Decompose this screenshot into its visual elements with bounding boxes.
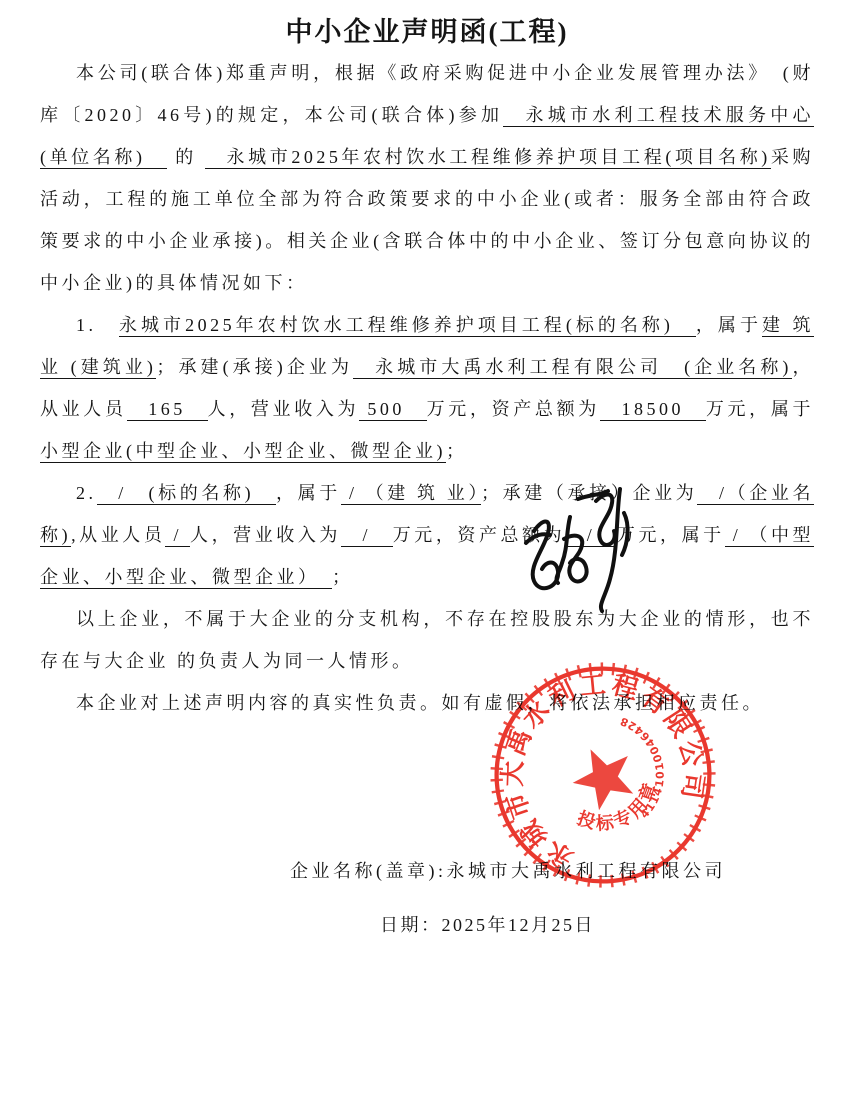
filled-blank-underlined: /	[165, 525, 190, 547]
paragraph-text: 的	[167, 147, 205, 167]
filled-blank-underlined: 小型企业(中型企业、小型企业、微型企业)	[40, 441, 446, 463]
item-1-paragraph: 1. 永城市2025年农村饮水工程维修养护项目工程(标的名称) ，属于建 筑 业…	[40, 304, 814, 472]
paragraph-text: 1.	[76, 315, 119, 335]
document-title: 中小企业声明函(工程)	[40, 12, 814, 52]
paragraph-text: 人，营业收入为	[190, 525, 341, 545]
paragraph-text: 2.	[76, 483, 97, 503]
filled-blank-underlined: 165	[127, 399, 208, 421]
paragraph-text: ,从业人员	[71, 525, 165, 545]
paragraph-text: ，属于	[696, 315, 762, 335]
filled-blank-underlined: 称)	[760, 357, 792, 379]
date-line: 日期：2025年12月25日	[380, 911, 814, 939]
signature-stroke	[596, 495, 615, 545]
paragraph-text: 万元，资产总额为	[427, 399, 600, 419]
document-page: 中小企业声明函(工程) 本公司(联合体)郑重声明，根据《政府采购促进中小企业发展…	[0, 0, 854, 1103]
filled-blank-underlined: /	[725, 525, 750, 547]
filled-blank-underlined: 500	[359, 399, 426, 421]
paragraph-text: 万元，属于	[706, 399, 814, 419]
closing-statement-paragraph: 以上企业，不属于大企业的分支机构，不存在控股股东为大企业的情形，也不存在与大企业…	[40, 598, 814, 682]
paragraph-text: ；	[332, 567, 354, 587]
filled-blank-underlined: /（企业名	[697, 483, 814, 505]
filled-blank-underlined: 永城市2025年农村饮水工程维修养护项目工程(标的名称)	[119, 315, 696, 337]
filled-blank-underlined: / （建 筑 业）	[341, 483, 481, 505]
handwritten-signature	[512, 483, 662, 623]
filled-blank-underlined: 18500	[600, 399, 706, 421]
paragraph-text: ，属于	[276, 483, 341, 503]
filled-blank-underlined: / (标的名称)	[97, 483, 276, 505]
item-2-paragraph: 2. / (标的名称) ，属于 / （建 筑 业）；承建（承接）企业为 /（企业…	[40, 472, 814, 598]
paragraph-text: ；承建(承接)企业为	[156, 357, 353, 377]
paragraph-text: 以上企业，不属于大企业的分支机构，不存在控股股东为大企业的情形，也不存在与大企业…	[40, 609, 814, 671]
paragraph-text: ；	[446, 441, 468, 461]
filled-blank-underlined: 称)	[40, 525, 71, 547]
filled-blank-underlined: 永城市大禹水利工程有限公司 (企业名	[353, 357, 760, 379]
paragraph-text: 人，营业收入为	[208, 399, 360, 419]
filled-blank-underlined: /	[341, 525, 393, 547]
filled-blank-underlined: 永城市2025年农村饮水工程维修养护项目工程(项目名称)	[205, 147, 771, 169]
declaration-intro-paragraph: 本公司(联合体)郑重声明，根据《政府采购促进中小企业发展管理办法》 (财库〔20…	[40, 52, 814, 304]
signature-stroke	[533, 522, 558, 589]
signature-stroke	[622, 513, 628, 555]
